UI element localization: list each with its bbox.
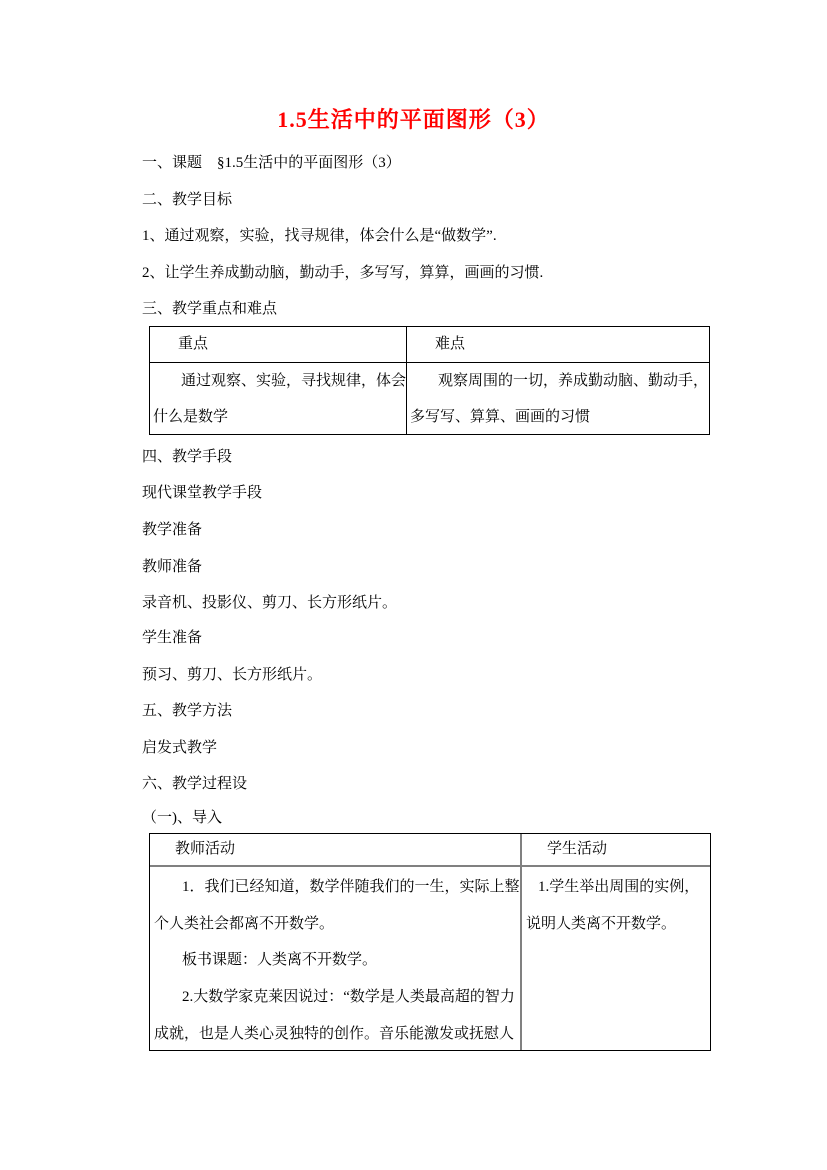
cell-text-line: 什么是数学	[153, 399, 404, 435]
line-student-prep: 学生准备	[142, 628, 722, 648]
table1-cell-difficulty: 观察周围的一切，养成勤动脑、勤动手， 多写写、算算、画画的习惯	[407, 363, 710, 434]
table-row: 通过观察、实验，寻找规律，体会 什么是数学 观察周围的一切，养成勤动脑、勤动手，…	[150, 363, 709, 434]
key-difficulty-table: 重点 难点 通过观察、实验，寻找规律，体会 什么是数学 观察周围的一切，养成勤动…	[149, 326, 710, 435]
line-teacher-prep: 教师准备	[142, 557, 722, 577]
cell-text-line: 1．我们已经知道，数学伴随我们的一生，实际上整	[154, 869, 518, 906]
line-modern-classroom: 现代课堂教学手段	[142, 483, 722, 503]
cell-text-line: 个人类社会都离不开数学。	[154, 906, 518, 943]
heading-introduction: （一)、导入	[142, 808, 722, 828]
cell-text-line: 成就，也是人类心灵独特的创作。音乐能激发或抚慰人	[154, 1016, 518, 1053]
line-teaching-prep: 教学准备	[142, 520, 722, 540]
table2-header-student: 学生活动	[522, 834, 710, 865]
cell-text-line: 说明人类离不开数学。	[526, 906, 708, 943]
table-row: 重点 难点	[150, 327, 709, 363]
cell-text-line: 板书课题：人类离不开数学。	[154, 942, 518, 979]
heading-teaching-process: 六、教学过程设	[142, 774, 722, 794]
table1-header-difficulty: 难点	[407, 327, 709, 362]
table2-header-teacher: 教师活动	[150, 834, 522, 865]
activity-table: 教师活动 学生活动 1．我们已经知道，数学伴随我们的一生，实际上整 个人类社会都…	[149, 833, 711, 1051]
line-teacher-materials: 录音机、投影仪、剪刀、长方形纸片。	[142, 593, 722, 613]
heading-key-points: 三、教学重点和难点	[142, 299, 722, 319]
line-course-topic: 一、课题 §1.5生活中的平面图形（3）	[142, 153, 722, 173]
line-heuristic-teaching: 启发式教学	[142, 738, 722, 758]
heading-teaching-means: 四、教学手段	[142, 447, 722, 467]
heading-teaching-method: 五、教学方法	[142, 701, 722, 721]
table-row: 1．我们已经知道，数学伴随我们的一生，实际上整 个人类社会都离不开数学。 板书课…	[150, 867, 710, 1050]
table1-cell-key: 通过观察、实验，寻找规律，体会 什么是数学	[150, 363, 407, 434]
heading-teaching-goals: 二、教学目标	[142, 190, 722, 210]
line-student-materials: 预习、剪刀、长方形纸片。	[142, 665, 722, 685]
cell-text-line: 多写写、算算、画画的习惯	[410, 399, 708, 435]
goal-item-1: 1、通过观察，实验，找寻规律，体会什么是“做数学”.	[142, 226, 722, 246]
table2-cell-student-activity: 1.学生举出周围的实例， 说明人类离不开数学。	[522, 867, 710, 1050]
cell-text-line: 观察周围的一切，养成勤动脑、勤动手，	[410, 363, 708, 399]
table2-cell-teacher-activity: 1．我们已经知道，数学伴随我们的一生，实际上整 个人类社会都离不开数学。 板书课…	[150, 867, 522, 1050]
document-page: 1.5生活中的平面图形（3） 一、课题 §1.5生活中的平面图形（3） 二、教学…	[0, 0, 827, 1170]
cell-text-line: 1.学生举出周围的实例，	[526, 869, 708, 906]
cell-text-line: 2.大数学家克莱因说过：“数学是人类最高超的智力	[154, 979, 518, 1016]
cell-text-line: 通过观察、实验，寻找规律，体会	[153, 363, 404, 399]
goal-item-2: 2、让学生养成勤动脑，勤动手，多写写，算算，画画的习惯.	[142, 263, 722, 283]
table1-header-key: 重点	[150, 327, 407, 362]
table-row: 教师活动 学生活动	[150, 834, 710, 867]
document-title: 1.5生活中的平面图形（3）	[0, 106, 827, 134]
